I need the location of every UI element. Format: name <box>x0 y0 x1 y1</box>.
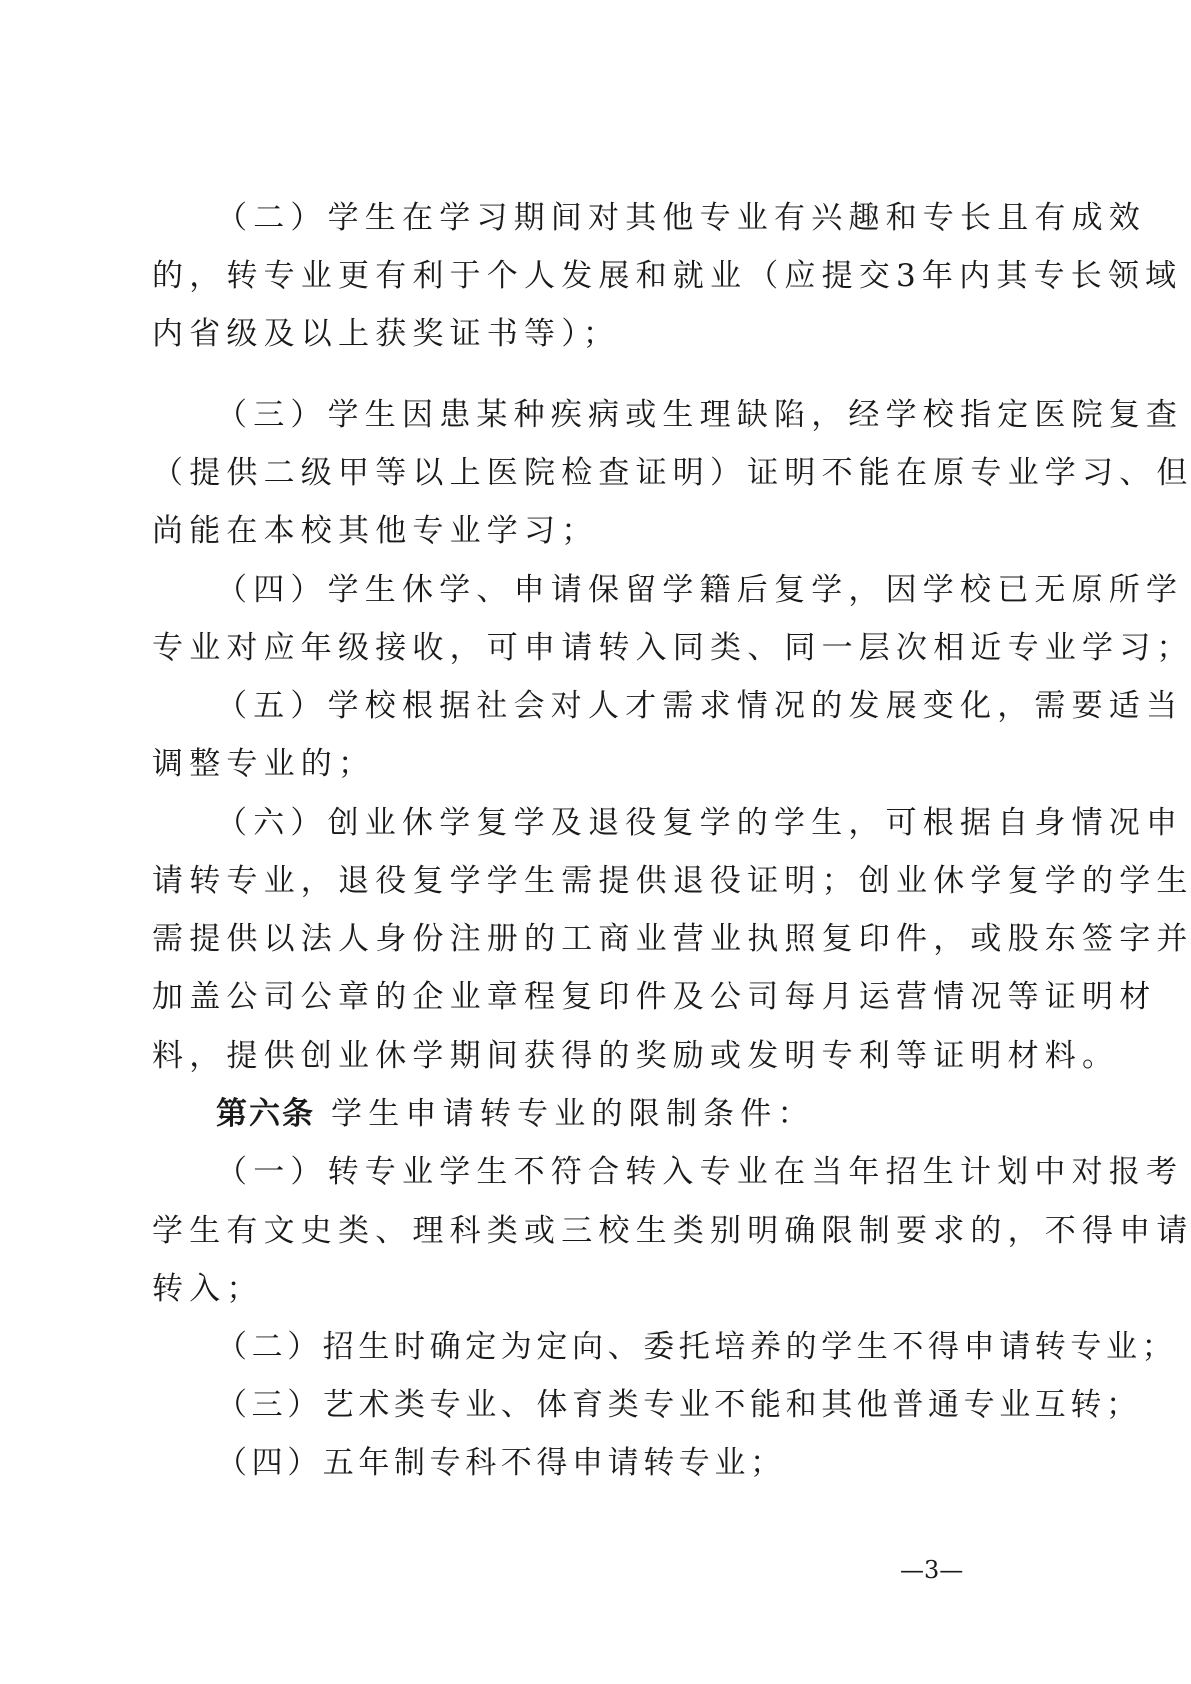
paragraph-line: （四）学生休学、申请保留学籍后复学，因学校已无原所学 <box>216 570 1106 610</box>
paragraph-line: 内省级及以上获奖证书等）； <box>152 314 1042 354</box>
paragraph-line: （提供二级甲等以上医院检查证明）证明不能在原专业学习、但 <box>152 453 1042 493</box>
paragraph-line: 专业对应年级接收，可申请转入同类、同一层次相近专业学习； <box>152 628 1042 668</box>
article-heading: 第六条 <box>216 1096 315 1132</box>
paragraph-line: （二）学生在学习期间对其他专业有兴趣和专长且有成效 <box>216 198 1106 238</box>
paragraph-line: 加盖公司公章的企业章程复印件及公司每月运营情况等证明材 <box>152 977 1042 1017</box>
paragraph-line: （三）艺术类专业、体育类专业不能和其他普通专业互转； <box>216 1385 1106 1425</box>
paragraph-line: 调整专业的； <box>152 744 1042 784</box>
paragraph-line: 请转专业，退役复学学生需提供退役证明；创业休学复学的学生 <box>152 861 1042 901</box>
paragraph-line: 料，提供创业休学期间获得的奖励或发明专利等证明材料。 <box>152 1036 1042 1076</box>
paragraph-line: 学生有文史类、理科类或三校生类别明确限制要求的，不得申请 <box>152 1211 1042 1251</box>
paragraph-line: （二）招生时确定为定向、委托培养的学生不得申请转专业； <box>216 1327 1106 1367</box>
article-line: 第六条 学生申请转专业的限制条件： <box>216 1094 1106 1134</box>
paragraph-line: 转入； <box>152 1269 1042 1309</box>
paragraph-line: （四）五年制专科不得申请转专业； <box>216 1443 1106 1483</box>
paragraph-line: 需提供以法人身份注册的工商业营业执照复印件，或股东签字并 <box>152 919 1042 959</box>
document-page: （二）学生在学习期间对其他专业有兴趣和专长且有成效 的，转专业更有利于个人发展和… <box>0 0 1191 1684</box>
page-number: —3— <box>900 1556 963 1584</box>
paragraph-line: （五）学校根据社会对人才需求情况的发展变化，需要适当 <box>216 686 1106 726</box>
paragraph-line: （三）学生因患某种疾病或生理缺陷，经学校指定医院复查 <box>216 395 1106 435</box>
paragraph-line: （一）转专业学生不符合转入专业在当年招生计划中对报考 <box>216 1152 1106 1192</box>
paragraph-line: （六）创业休学复学及退役复学的学生，可根据自身情况申 <box>216 803 1106 843</box>
paragraph-line: 尚能在本校其他专业学习； <box>152 511 1042 551</box>
paragraph-line: 的，转专业更有利于个人发展和就业（应提交3年内其专长领域 <box>152 256 1042 296</box>
article-text: 学生申请转专业的限制条件： <box>315 1096 815 1132</box>
